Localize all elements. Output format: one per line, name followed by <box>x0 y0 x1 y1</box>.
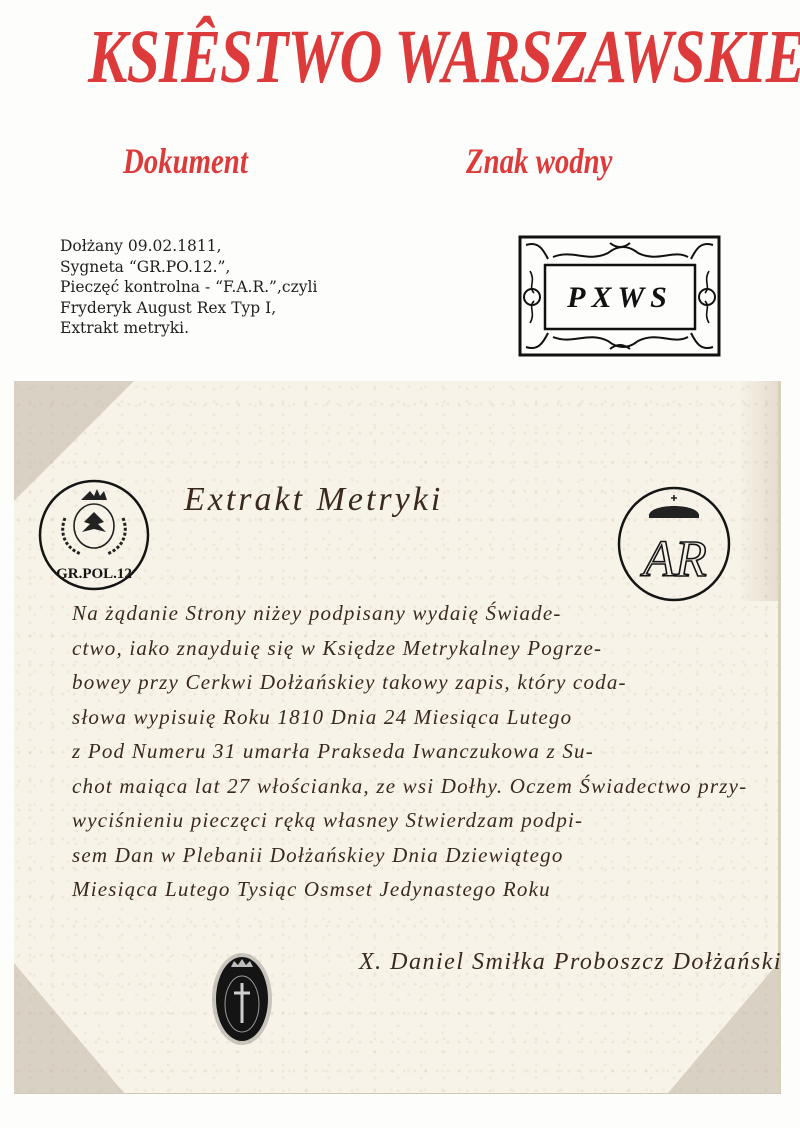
crowned-eagle-seal-icon: GR.POL.12 <box>37 478 151 592</box>
mount-corner-bottom-right <box>668 963 778 1093</box>
document-line: sem Dan w Plebanii Dołżańskiey Dnia Dzie… <box>72 838 747 873</box>
document-signature: X. Daniel Smiłka Proboszcz Dołżański <box>359 949 782 976</box>
subheading-document: Dokument <box>123 140 248 182</box>
description-line: Pieczęć kontrolna - “F.A.R.”,czyli <box>60 277 317 298</box>
watermark-frame-icon: PXWS <box>518 231 721 359</box>
description-line: Dołżany 09.02.1811, <box>60 236 317 257</box>
document-line: słowa wypisuię Roku 1810 Dnia 24 Miesiąc… <box>72 700 747 735</box>
description-line: Fryderyk August Rex Typ I, <box>60 298 317 319</box>
document-body: Na żądanie Strony niżey podpisany wydaię… <box>72 596 747 907</box>
paper-edge-shading <box>738 381 778 601</box>
description-block: Dołżany 09.02.1811, Sygneta “GR.PO.12.”,… <box>60 236 317 339</box>
document-heading: Extrakt Metryki <box>184 481 443 519</box>
description-line: Extrakt metryki. <box>60 318 317 339</box>
document-line: Miesiąca Lutego Tysiąc Osmset Jedynasteg… <box>72 872 747 907</box>
crowned-monogram-seal-icon: AR <box>615 481 733 603</box>
wax-seal-crucifix-icon <box>209 949 275 1049</box>
document-line: z Pod Numeru 31 umarła Prakseda Iwanczuk… <box>72 734 747 769</box>
description-line: Sygneta “GR.PO.12.”, <box>60 257 317 278</box>
document-line: bowey przy Cerkwi Dołżańskiey takowy zap… <box>72 665 747 700</box>
document-line: wyciśnieniu pieczęci ręką własney Stwier… <box>72 803 747 838</box>
svg-text:AR: AR <box>640 531 707 588</box>
page-title: KSIÊSTWO WARSZAWSKIE <box>88 14 712 101</box>
document-line: ctwo, iako znayduię się w Księdze Metryk… <box>72 631 747 666</box>
document-line: chot maiąca lat 27 włościanka, ze wsi Do… <box>72 769 747 804</box>
svg-text:PXWS: PXWS <box>566 281 673 314</box>
document-paper: GR.POL.12 AR Extrakt Metryki Na żądanie … <box>14 381 781 1093</box>
document-line: Na żądanie Strony niżey podpisany wydaię… <box>72 596 747 631</box>
subheading-watermark: Znak wodny <box>466 140 612 182</box>
svg-text:GR.POL.12: GR.POL.12 <box>56 566 132 582</box>
mount-corner-bottom-left <box>14 963 124 1093</box>
